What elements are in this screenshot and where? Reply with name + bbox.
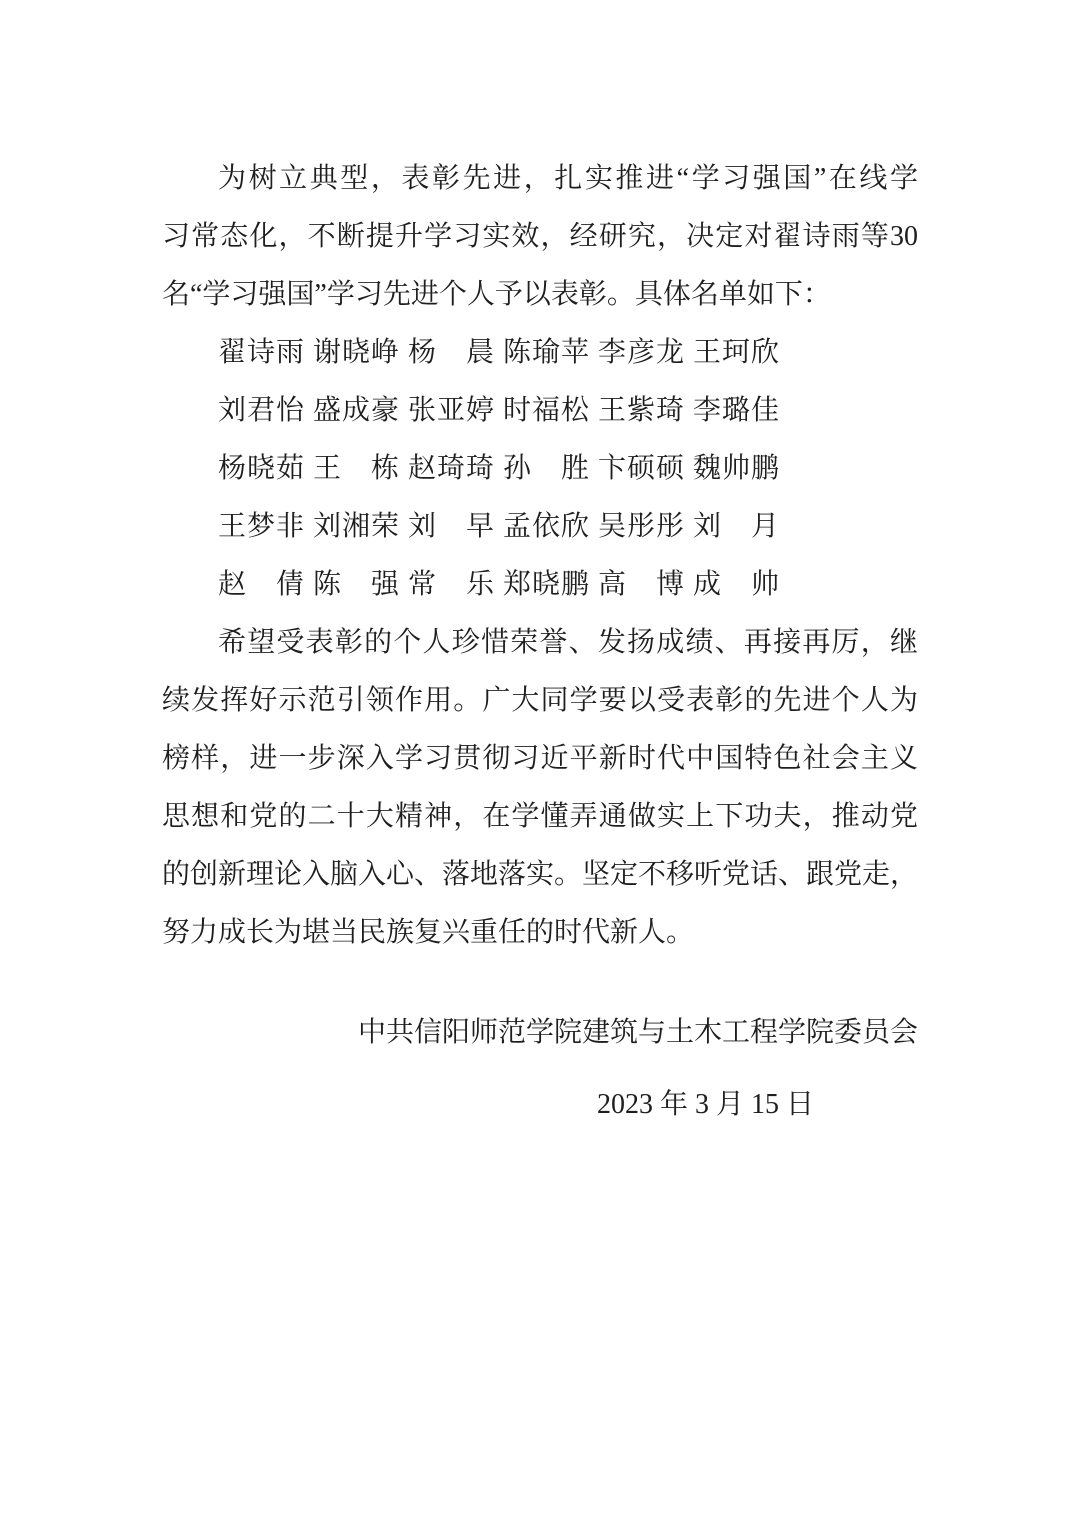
paragraph2-line-4: 思想和党的二十大精神，在学懂弄通做实上下功夫，推动党 (162, 788, 918, 846)
paragraph2-line-1: 希望受表彰的个人珍惜荣誉、发扬成绩、再接再厉，继 (162, 614, 918, 672)
paragraph2-line-2: 续发挥好示范引领作用。广大同学要以受表彰的先进个人为 (162, 672, 918, 730)
signature-line: 中共信阳师范学院建筑与土木工程学院委员会 (162, 1004, 918, 1062)
paragraph2-line-6: 努力成长为堪当民族复兴重任的时代新人。 (162, 904, 918, 962)
names-row-3: 杨晓茹 王 栋 赵琦琦 孙 胜 卞硕硕 魏帅鹏 (162, 440, 918, 498)
paragraph1-line-2: 习常态化，不断提升学习实效，经研究，决定对翟诗雨等30 (162, 208, 918, 266)
notice-document-page: 为树立典型，表彰先进，扎实推进“学习强国”在线学 习常态化，不断提升学习实效，经… (0, 0, 1080, 1527)
names-row-2: 刘君怡 盛成豪 张亚婷 时福松 王紫琦 李璐佳 (162, 382, 918, 440)
paragraph1-line-3: 名“学习强国”学习先进个人予以表彰。具体名单如下： (162, 266, 918, 324)
date-line: 2023 年 3 月 15 日 (162, 1076, 918, 1134)
paragraph2-line-3: 榜样，进一步深入学习贯彻习近平新时代中国特色社会主义 (162, 730, 918, 788)
names-row-4: 王梦非 刘湘荣 刘 早 孟依欣 吴彤彤 刘 月 (162, 498, 918, 556)
names-row-1: 翟诗雨 谢晓峥 杨 晨 陈瑜苹 李彦龙 王珂欣 (162, 324, 918, 382)
names-row-5: 赵 倩 陈 强 常 乐 郑晓鹏 高 博 成 帅 (162, 556, 918, 614)
paragraph2-line-5: 的创新理论入脑入心、落地落实。坚定不移听党话、跟党走， (162, 846, 918, 904)
paragraph1-line-1: 为树立典型，表彰先进，扎实推进“学习强国”在线学 (162, 150, 918, 208)
